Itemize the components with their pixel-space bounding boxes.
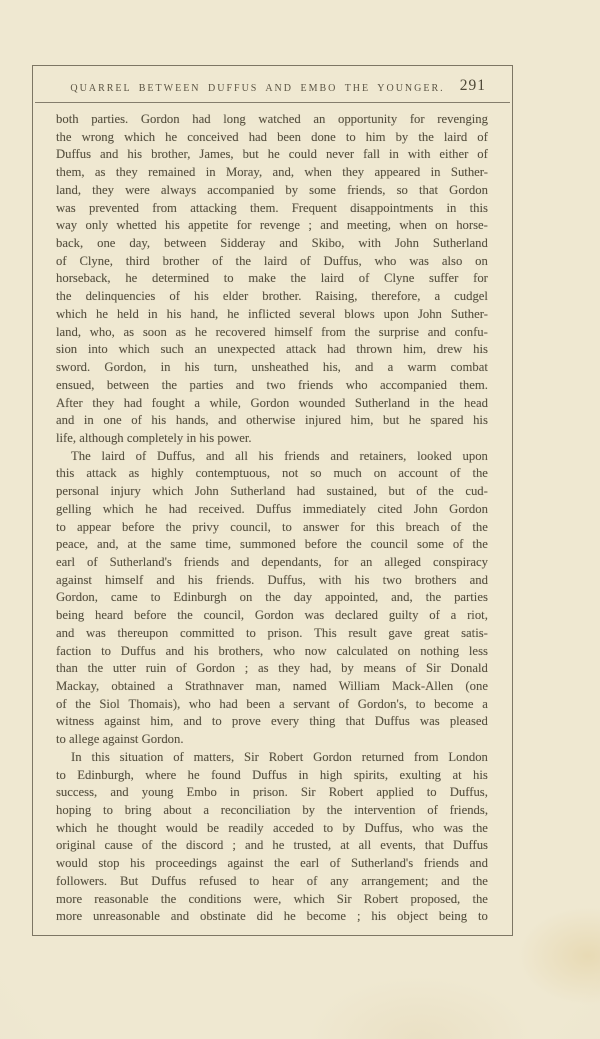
header-rule <box>35 102 510 103</box>
text-line: whichheheldinhishand,heinflictedseveralb… <box>56 306 488 324</box>
text-line: originalcauseofthediscord;andhetrusted,a… <box>56 837 488 855</box>
page-frame: QUARREL BETWEEN DUFFUS AND EMBO THE YOUN… <box>32 65 513 936</box>
text-line: andwasthereuponcommittedtoprison.Thisres… <box>56 625 488 643</box>
text-line: ThelairdofDuffus,andallhisfriendsandreta… <box>56 448 488 466</box>
text-line: life, although completely in his power. <box>56 430 488 448</box>
text-line: whichhethoughtwouldbereadilyaccededtobyD… <box>56 820 488 838</box>
text-line: oftheSiolThomais),whohadbeenaservantofGo… <box>56 696 488 714</box>
scanned-book-page: { "page": { "colors": { "paper": "#efe8d… <box>0 0 600 1039</box>
text-line: personalinjurywhichJohnSutherlandhadsust… <box>56 483 488 501</box>
text-line: thewrongwhichheconceivedhadbeendonetohim… <box>56 129 488 147</box>
text-line: morereasonabletheconditionswere,whichSir… <box>56 891 488 909</box>
text-line: horseback,hedeterminedtomakethelairdofCl… <box>56 270 488 288</box>
text-line: ensued,betweenthepartiesandtwofriendswho… <box>56 377 488 395</box>
text-line: Inthissituationofmatters,SirRobertGordon… <box>56 749 488 767</box>
page-body-text: bothparties.Gordonhadlongwatchedanopport… <box>56 111 488 926</box>
page-number: 291 <box>460 77 486 95</box>
text-line: land,theywerealwaysaccompaniedbysomefrie… <box>56 182 488 200</box>
text-line: earlofSutherland'sfriendsanddependants,f… <box>56 554 488 572</box>
text-line: Duffusandhisbrother,James,buthecouldneve… <box>56 146 488 164</box>
text-line: thantheutterruinofGordon;astheyhad,bymea… <box>56 660 488 678</box>
text-line: wouldstophisproceedingsagainsttheearlofS… <box>56 855 488 873</box>
text-line: Aftertheyhadfoughtawhile,GordonwoundedSu… <box>56 395 488 413</box>
text-line: thisattackashighlycontemptuous,notsomuch… <box>56 465 488 483</box>
page-header: QUARREL BETWEEN DUFFUS AND EMBO THE YOUN… <box>33 77 512 99</box>
text-line: moreunreasonableandobstinatedidhebecome;… <box>56 908 488 926</box>
text-line: waspreventedfromattackingthem.Frequentdi… <box>56 200 488 218</box>
text-line: Gordon,cametoEdinburghonthedayappointed,… <box>56 589 488 607</box>
text-line: followers.ButDuffusrefusedtohearofanyarr… <box>56 873 488 891</box>
text-line: Mackay,obtainedaStrathnaverman,namedWill… <box>56 678 488 696</box>
running-header-title: QUARREL BETWEEN DUFFUS AND EMBO THE YOUN… <box>70 83 444 94</box>
text-line: wayonlywhettedhisappetiteforrevenge;andm… <box>56 217 488 235</box>
text-line: them,astheyremainedinMoray,and,whentheya… <box>56 164 488 182</box>
text-line: back,oneday,betweenSidderayandSkibo,with… <box>56 235 488 253</box>
text-line: to allege against Gordon. <box>56 731 488 749</box>
text-line: success,andyoungEmboinprison.SirRobertap… <box>56 784 488 802</box>
text-line: sionintowhichsuchanunexpectedattackhadth… <box>56 341 488 359</box>
text-line: gellingwhichhehadreceived.Duffusimmediat… <box>56 501 488 519</box>
text-line: toEdinburgh,wherehefoundDuffusinhighspir… <box>56 767 488 785</box>
text-line: bothparties.Gordonhadlongwatchedanopport… <box>56 111 488 129</box>
text-line: ofClyne,thirdbrotherofthelairdofDuffus,w… <box>56 253 488 271</box>
text-line: land,who,assoonasherecoveredhimselffromt… <box>56 324 488 342</box>
text-line: witnessagainsthim,andtoproveeverythingth… <box>56 713 488 731</box>
text-line: peace,and,atthesametime,summonedbeforeth… <box>56 536 488 554</box>
text-line: sword.Gordon,inhisturn,unsheathedhis,and… <box>56 359 488 377</box>
text-line: thedelinquenciesofhiselderbrother.Raisin… <box>56 288 488 306</box>
text-line: andinoneofhishands,andotherwiseinjuredhi… <box>56 412 488 430</box>
text-line: hopingtobringaboutareconciliationbythein… <box>56 802 488 820</box>
text-line: toappearbeforetheprivycouncil,toanswerfo… <box>56 519 488 537</box>
text-line: againsthimselfandhisfriends.Duffus,withh… <box>56 572 488 590</box>
text-line: factiontoDuffusandhisbrothers,whonowcalc… <box>56 643 488 661</box>
text-line: beingheardbeforethecouncil,Gordonwasdecl… <box>56 607 488 625</box>
